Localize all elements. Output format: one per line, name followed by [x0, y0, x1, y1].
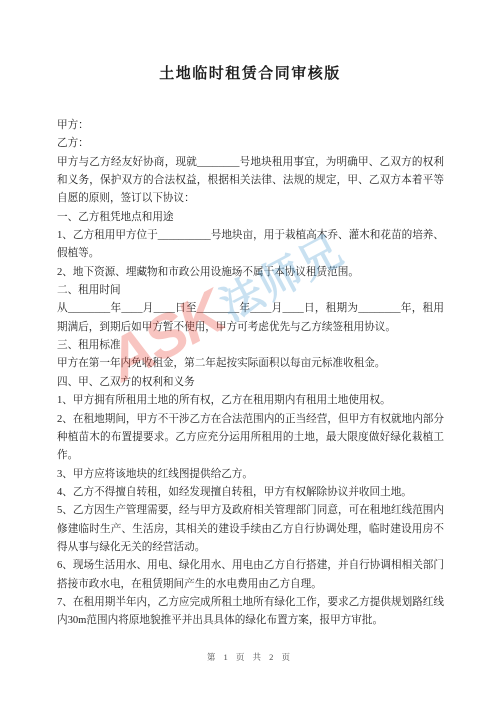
paragraph: 三、租用标准: [57, 337, 444, 355]
paragraph: 四、甲、乙双方的权利和义务: [57, 374, 444, 392]
document-page: 土地临时租赁合同审核版 甲方：乙方：甲方与乙方经友好协商，现就________号…: [0, 0, 500, 706]
paragraph: 3、甲方应将该地块的红线图提供给乙方。: [57, 466, 444, 484]
paragraph: 甲方在第一年内免收租金，第二年起按实际面积以每亩元标准收租金。: [57, 355, 444, 373]
document-title: 土地临时租赁合同审核版: [0, 62, 500, 83]
paragraph: 5、乙方因生产管理需要，经与甲方及政府相关管理部门同意，可在租地红线范围内修建临…: [57, 502, 444, 557]
paragraph: 乙方：: [57, 135, 444, 153]
paragraph: 一、乙方租凭地点和用途: [57, 209, 444, 227]
paragraph: 2、在租地期间，甲方不干涉乙方在合法范围内的正当经营，但甲方有权就地内部分种植苗…: [57, 411, 444, 466]
paragraph: 甲方与乙方经友好协商，现就________号地块租用事宜，为明确甲、乙双方的权利…: [57, 154, 444, 209]
paragraph: 7、在租用期半年内，乙方应完成所租土地所有绿化工作，要求乙方提供规划路红线内30…: [57, 594, 444, 631]
paragraph: 甲方：: [57, 117, 444, 135]
paragraph: 1、乙方租用甲方位于__________号地块亩，用于栽植高木乔、灌木和花苗的培…: [57, 227, 444, 264]
page-number: 第 1 页 共 2 页: [0, 651, 500, 663]
paragraph: 4、乙方不得擅自转租，如经发现擅自转租，甲方有权解除协议并收回土地。: [57, 484, 444, 502]
paragraph: 2、地下资源、埋藏物和市政公用设施场不属于本协议租赁范围。: [57, 264, 444, 282]
document-body: 甲方：乙方：甲方与乙方经友好协商，现就________号地块租用事宜，为明确甲、…: [57, 117, 444, 631]
paragraph: 6、现场生活用水、用电、绿化用水、用电由乙方自行搭建，并自行协调相相关部门搭接市…: [57, 557, 444, 594]
paragraph: 二、租用时间: [57, 282, 444, 300]
paragraph: 从________年____月____日至________年____月____日…: [57, 300, 444, 337]
paragraph: 1、甲方拥有所租用土地的所有权，乙方在租用期内有租用土地使用权。: [57, 392, 444, 410]
